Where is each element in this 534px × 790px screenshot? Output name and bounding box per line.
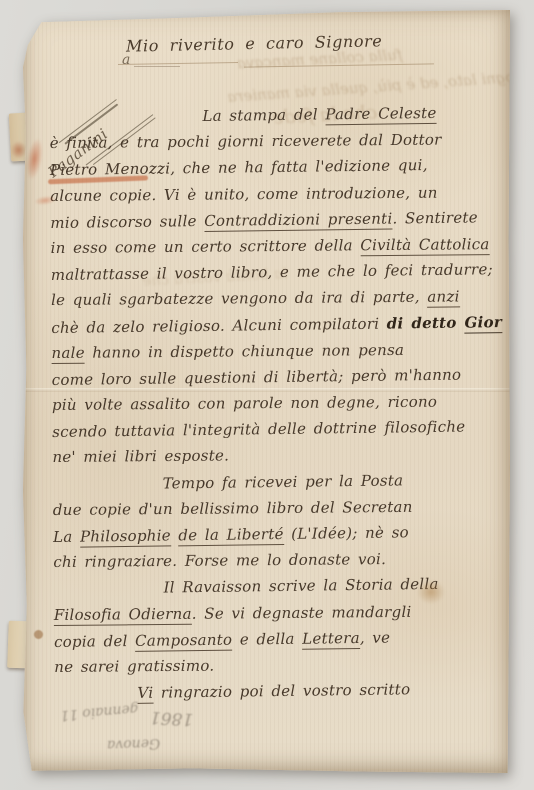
text-segment: Tempo fa ricevei per la Posta [163,471,404,492]
text-segment: de la Liberté [178,525,284,546]
scanned-letter: fulla collane mancava ogni lato, ed è pi… [0,0,534,790]
letter-page-wrapper: fulla collane mancava ogni lato, ed è pi… [22,10,510,773]
text-segment: La stampa del [202,105,325,125]
letter-page: fulla collane mancava ogni lato, ed è pi… [22,10,510,773]
text-segment: Pietro Menozzi [50,160,171,180]
text-segment: Civiltà Cattolica [360,235,489,256]
letter-line: Tempo fa ricevei per la Posta [53,470,507,502]
text-segment: Vi [137,684,153,704]
text-segment: Contraddizioni presenti [204,209,392,231]
text-segment: Padre Celeste [325,104,436,125]
margin-letter-a: a [122,52,130,68]
text-segment: scendo tuttavia l'integrità delle dottri… [52,418,465,441]
text-segment: Il Ravaisson scrive la Storia della [163,575,438,597]
text-segment: mio discorso sulle [50,212,204,232]
ink-bleedthrough: ogni lato, ed è più, quella via maniera [227,68,515,106]
text-segment: ne sarei gratissimo. [54,657,214,676]
text-segment: chè da zelo religioso. Alcuni compilator… [51,314,387,336]
text-segment: . Se vi degnaste mandargli [192,602,412,622]
text-segment: Camposanto [135,630,232,651]
text-segment: Gior [464,313,502,333]
paragraph: Tempo fa ricevei per la Postadue copie d… [53,471,508,580]
pencil-note: 1861 [150,707,194,729]
letter-line: mio discorso sulle Contraddizioni presen… [50,208,504,240]
text-segment: (L'Idée); nè so [284,523,409,543]
text-segment: copia del [54,632,135,651]
text-segment: ringrazio poi del vostro scritto [153,680,410,701]
text-segment: Philosophie [80,526,171,547]
text-segment: e della [232,629,302,648]
pencil-note: Genova [107,735,161,753]
letter-line: chè da zelo religioso. Alcuni compilator… [51,313,505,345]
text-segment: anzi [427,288,459,308]
text-segment: La [53,528,80,546]
text-segment: Filosofia Odierna [54,604,192,625]
text-segment: ne' miei libri esposte. [52,447,229,467]
text-segment: . Sentirete [392,208,478,227]
text-segment: Lettera [302,629,360,650]
brown-spot-stain [34,630,43,639]
text-segment: , ve [360,628,391,646]
letter-line: copia del Camposanto e della Lettera, ve [54,627,508,659]
paragraph: Il Ravaisson scrive la Storia dellaFilos… [53,575,508,684]
letter-body: La stampa del Padre Celesteè finita, e t… [49,104,508,710]
text-segment: , che ne ha fatta l'edizione qui, [170,156,428,177]
text-segment: di detto [387,313,465,332]
paragraph: La stampa del Padre Celesteè finita, e t… [49,104,506,475]
text-segment: nale [51,343,84,363]
faint-underline [118,62,238,65]
